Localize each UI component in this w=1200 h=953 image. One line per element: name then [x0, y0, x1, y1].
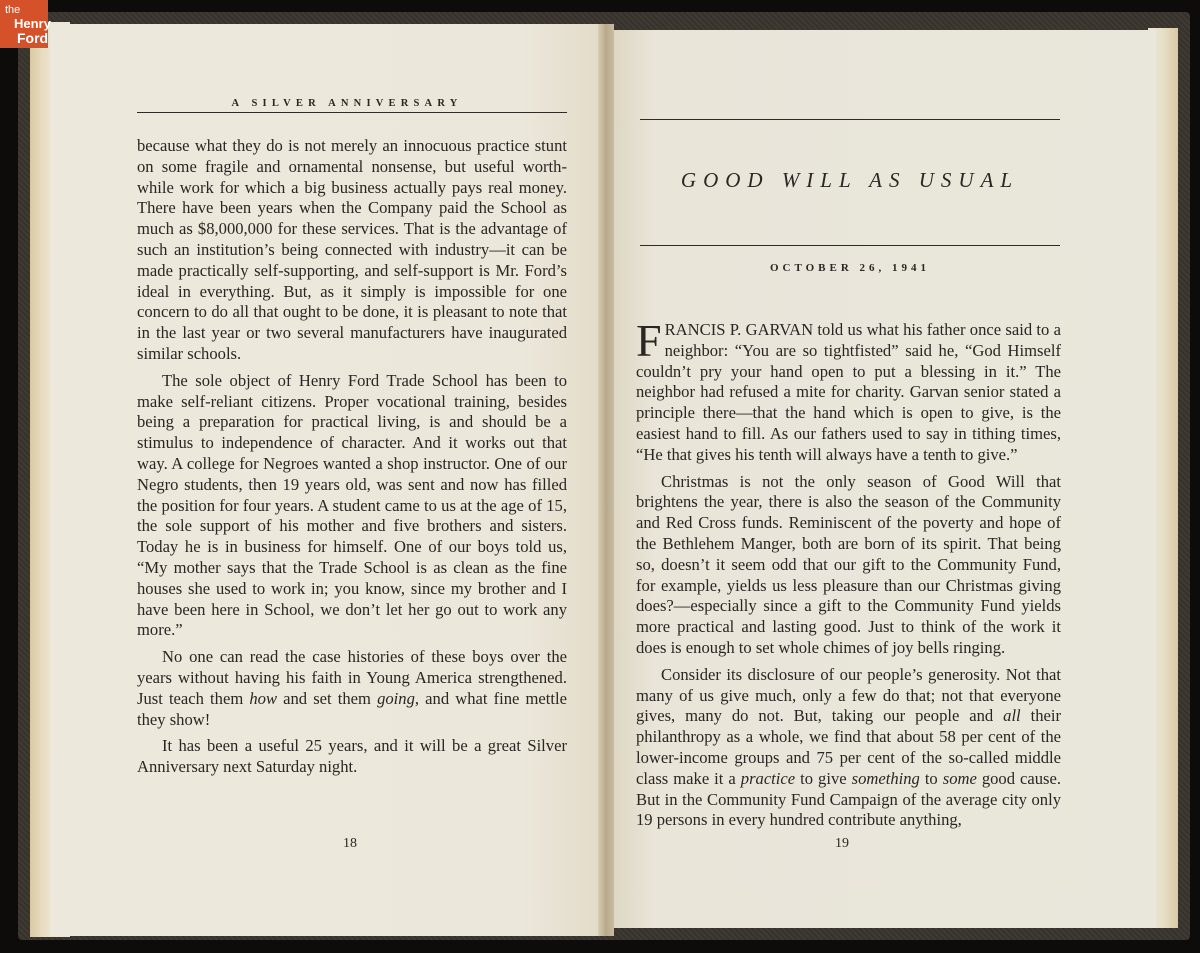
text: to give: [795, 769, 851, 788]
dateline: OCTOBER 26, 1941: [640, 262, 1060, 274]
paragraph: No one can read the case histories of th…: [137, 647, 567, 730]
text: told us what his father once said to a n…: [636, 320, 1061, 464]
drop-cap: F: [636, 322, 662, 360]
right-page-body: FRANCIS P. GARVAN told us what his fathe…: [636, 320, 1061, 831]
book-gutter: [598, 24, 614, 936]
title-rule-bottom: [640, 245, 1060, 246]
emphasis: some: [943, 769, 977, 788]
paragraph: Consider its disclosure of our people’s …: [636, 665, 1061, 831]
logo-henry: Henry: [14, 17, 51, 30]
header-rule: [137, 112, 567, 113]
logo-the: the: [5, 5, 20, 16]
text: to: [920, 769, 943, 788]
title-rule-top: [640, 119, 1060, 120]
logo-ford: Ford: [17, 31, 48, 45]
running-head: A SILVER ANNIVERSARY: [137, 98, 557, 109]
lead-in: RANCIS P. GARVAN: [665, 320, 814, 339]
left-page-body: because what they do is not merely an in…: [137, 136, 567, 778]
page-number-left: 18: [343, 836, 357, 852]
henry-ford-logo: the Henry Ford: [0, 0, 48, 48]
page-number-right: 19: [835, 836, 849, 852]
paragraph: Christmas is not the only season of Good…: [636, 472, 1061, 659]
paragraph: because what they do is not merely an in…: [137, 136, 567, 365]
paragraph: It has been a useful 25 years, and it wi…: [137, 736, 567, 778]
emphasis: something: [852, 769, 920, 788]
paragraph: FRANCIS P. GARVAN told us what his fathe…: [636, 320, 1061, 466]
emphasis: how: [249, 689, 277, 708]
paragraph: The sole object of Henry Ford Trade Scho…: [137, 371, 567, 641]
chapter-title: GOOD WILL AS USUAL: [640, 168, 1060, 193]
text: and set them: [277, 689, 377, 708]
emphasis: all: [1003, 706, 1021, 725]
emphasis: practice: [741, 769, 795, 788]
text: Consider its disclosure of our people’s …: [636, 665, 1061, 726]
emphasis: going: [377, 689, 415, 708]
